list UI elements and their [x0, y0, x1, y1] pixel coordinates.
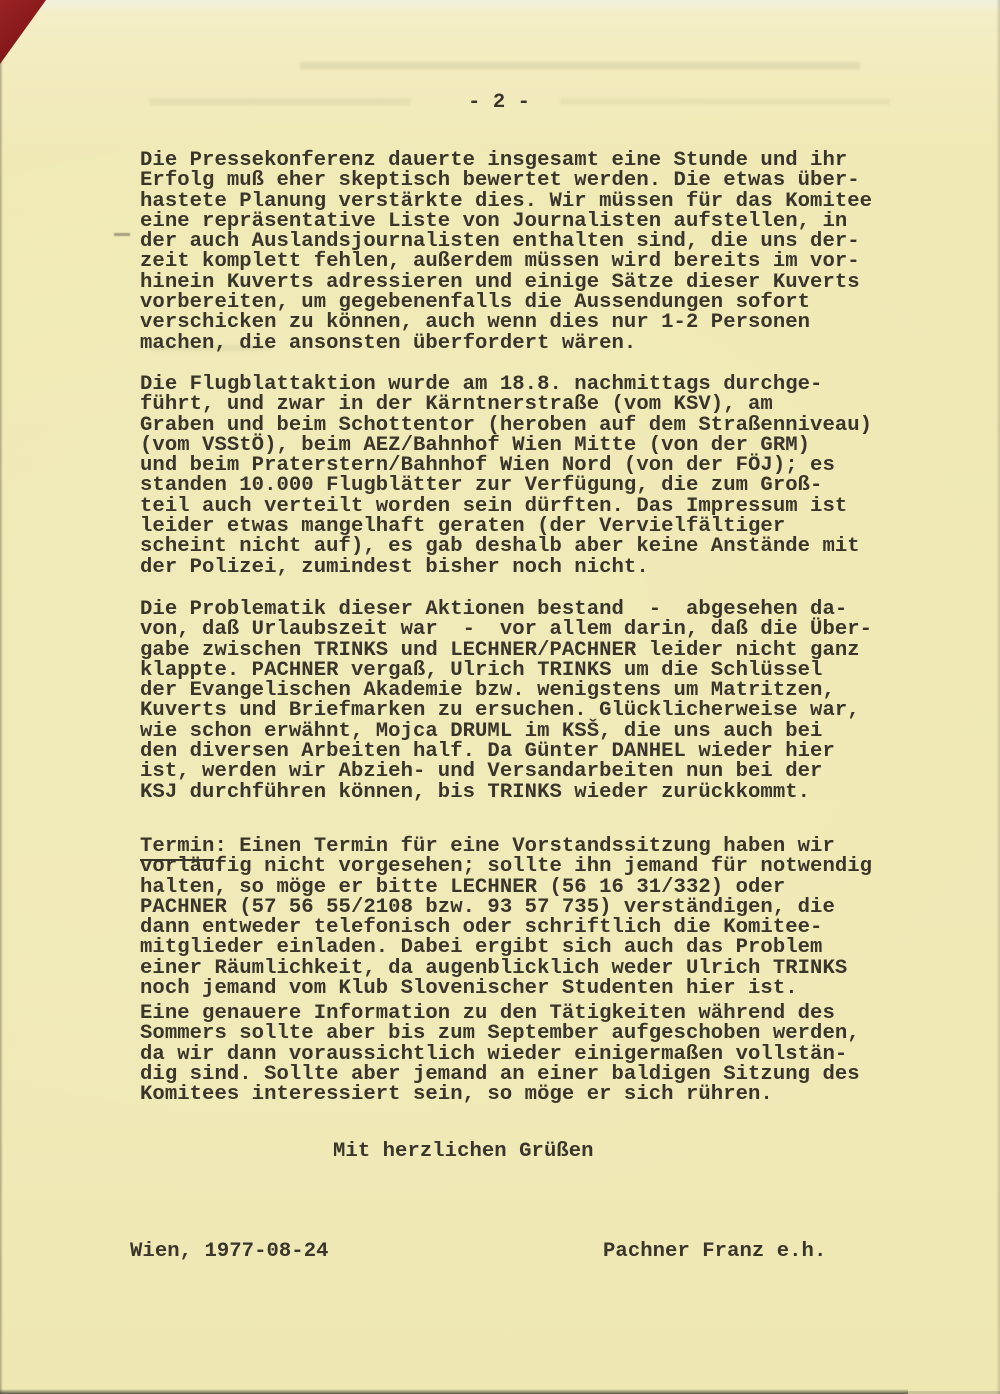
text-line: ist, werden wir Abzieh- und Versandarbei…	[140, 762, 960, 782]
text-line: scheint nicht auf), es gab deshalb aber …	[140, 537, 960, 557]
place-and-date: Wien, 1977-08-24	[130, 1240, 329, 1263]
text-line: Sommers sollte aber bis zum September au…	[140, 1024, 960, 1044]
text-line: da wir dann voraussichtlich wieder einig…	[140, 1045, 960, 1065]
text-line: noch jemand vom Klub Slovenischer Studen…	[140, 979, 960, 999]
text-line: den diversen Arbeiten half. Da Günter DA…	[140, 742, 960, 762]
text-line: Eine genauere Information zu den Tätigke…	[140, 1004, 960, 1024]
text-line: dig sind. Sollte aber jemand an einer ba…	[140, 1065, 960, 1085]
text-line: hastete Planung verstärkte dies. Wir müs…	[140, 192, 960, 212]
scan-edge-left	[0, 0, 3, 1394]
text-line: standen 10.000 Flugblätter zur Verfügung…	[140, 476, 960, 496]
text-line: führt, und zwar in der Kärntnerstraße (v…	[140, 395, 960, 415]
closing-salutation: Mit herzlichen Grüßen	[333, 1140, 594, 1163]
paragraph-flugblattaktion: Die Flugblattaktion wurde am 18.8. nachm…	[140, 375, 960, 578]
paragraph-pressekonferenz: Die Pressekonferenz dauerte insgesamt ei…	[140, 151, 960, 354]
scan-edge-top	[0, 0, 1000, 13]
text-line: verschicken zu können, auch wenn dies nu…	[140, 313, 960, 333]
text-line: der Polizei, zumindest bisher noch nicht…	[140, 558, 960, 578]
text-line: von, daß Urlaubszeit war - vor allem dar…	[140, 620, 960, 640]
text-line: PACHNER (57 56 55/2108 bzw. 93 57 735) v…	[140, 898, 960, 918]
text-line: hinein Kuverts adressieren und einige Sä…	[140, 273, 960, 293]
text-line: Kuverts und Briefmarken zu ersuchen. Glü…	[140, 701, 960, 721]
text-line: der auch Auslandsjournalisten enthalten …	[140, 232, 960, 252]
signature-name: Pachner Franz e.h.	[603, 1240, 826, 1263]
paragraph-problematik: Die Problematik dieser Aktionen bestand …	[140, 600, 960, 803]
text-line: Graben und beim Schottentor (heroben auf…	[140, 416, 960, 436]
paragraph-termin: Termin: Einen Termin für eine Vorstandss…	[140, 837, 960, 999]
text-line: vorläufig nicht vorgesehen; sollte ihn j…	[140, 857, 960, 877]
margin-pen-mark	[114, 233, 130, 236]
text-line: Die Pressekonferenz dauerte insgesamt ei…	[140, 151, 960, 171]
ink-smudge	[300, 62, 860, 69]
red-corner-tear-mark	[0, 0, 46, 64]
text-line: einer Räumlichkeit, da augenblicklich we…	[140, 959, 960, 979]
text-line: Erfolg muß eher skeptisch bewertet werde…	[140, 171, 960, 191]
text-line: leider etwas mangelhaft geraten (der Ver…	[140, 517, 960, 537]
text-line: Die Flugblattaktion wurde am 18.8. nachm…	[140, 375, 960, 395]
text-line: Komitees interessiert sein, so möge er s…	[140, 1085, 960, 1105]
scanned-letter-page: - 2 - Die Pressekonferenz dauerte insges…	[0, 0, 1000, 1394]
text-line: teil auch verteilt worden sein dürften. …	[140, 497, 960, 517]
scan-edge-bottom	[0, 1389, 908, 1394]
text-line: Termin: Einen Termin für eine Vorstandss…	[140, 837, 960, 857]
scan-edge-right	[996, 0, 1000, 1394]
paragraph-sommerinformation: Eine genauere Information zu den Tätigke…	[140, 1004, 960, 1105]
ink-smudge	[560, 98, 890, 105]
text-line: KSJ durchführen können, bis TRINKS wiede…	[140, 783, 960, 803]
ink-smudge	[150, 98, 410, 105]
text-line: der Evangelischen Akademie bzw. wenigste…	[140, 681, 960, 701]
text-line: halten, so möge er bitte LECHNER (56 16 …	[140, 878, 960, 898]
text-line: wie schon erwähnt, Mojca DRUML im KSŠ, d…	[140, 722, 960, 742]
page-number: - 2 -	[468, 91, 530, 114]
text-line: gabe zwischen TRINKS und LECHNER/PACHNER…	[140, 641, 960, 661]
text-line: mitglieder einladen. Dabei ergibt sich a…	[140, 938, 960, 958]
text-line: eine repräsentative Liste von Journalist…	[140, 212, 960, 232]
text-line: vorbereiten, um gegebenenfalls die Ausse…	[140, 293, 960, 313]
text-line: dann entweder telefonisch oder schriftli…	[140, 918, 960, 938]
text-line: machen, die ansonsten überfordert wären.	[140, 334, 960, 354]
text-line: zeit komplett fehlen, außerdem müssen wi…	[140, 252, 960, 272]
text-line: klappte. PACHNER vergaß, Ulrich TRINKS u…	[140, 661, 960, 681]
text-line: und beim Praterstern/Bahnhof Wien Nord (…	[140, 456, 960, 476]
